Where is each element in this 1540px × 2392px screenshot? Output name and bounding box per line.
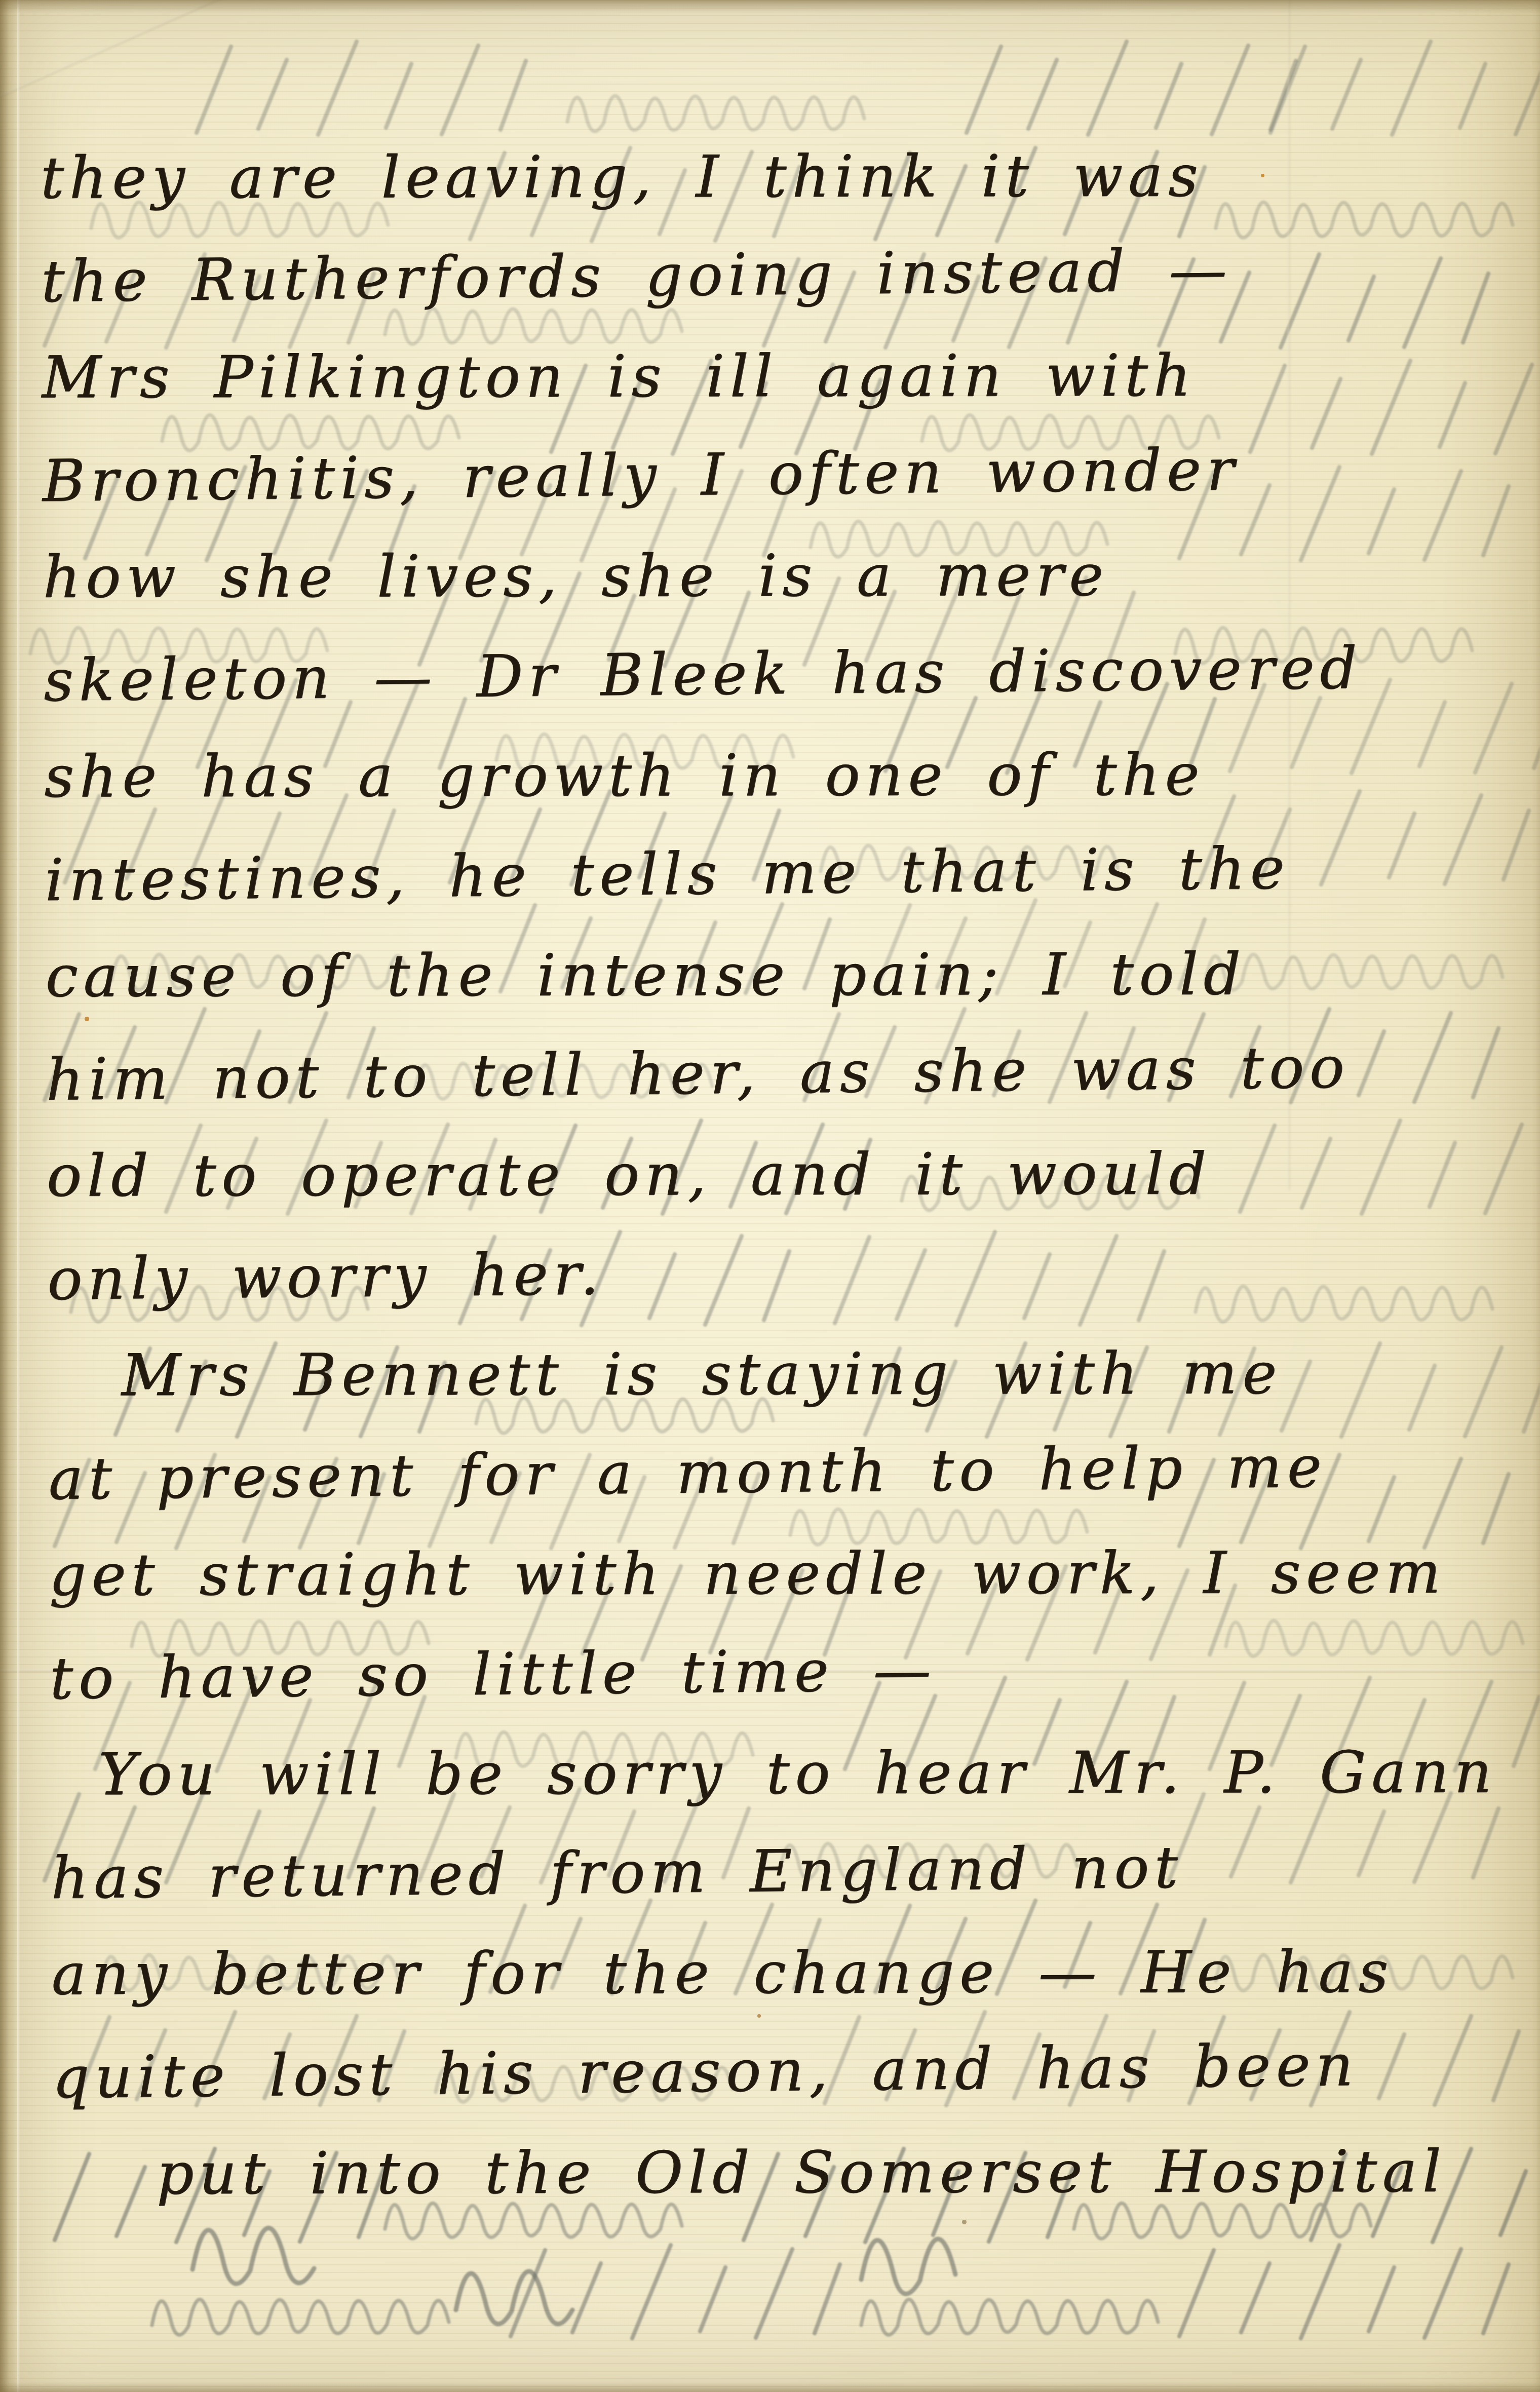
- letter-line: cause of the intense pain; I told: [45, 923, 1513, 1026]
- letter-line: any better for the change — He has: [51, 1921, 1519, 2024]
- letter-line: Bronchitis, really I often wonder: [42, 417, 1511, 531]
- letter-line: at present for a month to help me: [48, 1415, 1517, 1529]
- letter-text: they are leaving, I think it was the Rut…: [40, 121, 1521, 2226]
- letter-line: Mrs Pilkington is ill again with: [42, 325, 1510, 428]
- letter-line: get straight with needle work, I seem: [49, 1522, 1517, 1625]
- paper-edge-left-highlight: [17, 0, 20, 2392]
- letter-line: quite lost his reason, and has been: [52, 2014, 1521, 2128]
- paragraph-2: Mrs Bennett is staying with me at presen…: [48, 1319, 1518, 1727]
- letter-line: You will be sorry to hear Mr. P. Gann: [50, 1722, 1518, 1824]
- letter-line: Mrs Bennett is staying with me: [48, 1323, 1516, 1425]
- letter-page: they are leaving, I think it was the Rut…: [0, 0, 1540, 2392]
- paragraph-3: You will be sorry to hear Mr. P. Gann ha…: [50, 1718, 1521, 2226]
- letter-line: put into the Old Somerset Hospital: [53, 2121, 1521, 2223]
- letter-line: old to operate on, and it would: [47, 1123, 1515, 1225]
- letter-line: to have so little time —: [49, 1614, 1518, 1728]
- letter-line: has returned from England not: [51, 1814, 1520, 1928]
- letter-line: the Rutherfords going instead —: [41, 217, 1510, 331]
- letter-line: they are leaving, I think it was: [41, 126, 1509, 228]
- letter-line: skeleton — Dr Bleek has discovered: [43, 616, 1512, 730]
- letter-line: she has a growth in one of the: [44, 724, 1512, 826]
- paper-edge-bottom: [0, 2382, 1540, 2392]
- letter-line: him not to tell her, as she was too: [46, 1016, 1515, 1130]
- letter-line: how she lives, she is a mere: [43, 524, 1511, 627]
- paper-edge-top: [0, 0, 1540, 13]
- paragraph-1: they are leaving, I think it was the Rut…: [40, 121, 1515, 1328]
- letter-line: intestines, he tells me that is the: [44, 816, 1513, 930]
- paper-edge-left: [0, 0, 17, 2392]
- letter-line: only worry her.: [47, 1215, 1516, 1329]
